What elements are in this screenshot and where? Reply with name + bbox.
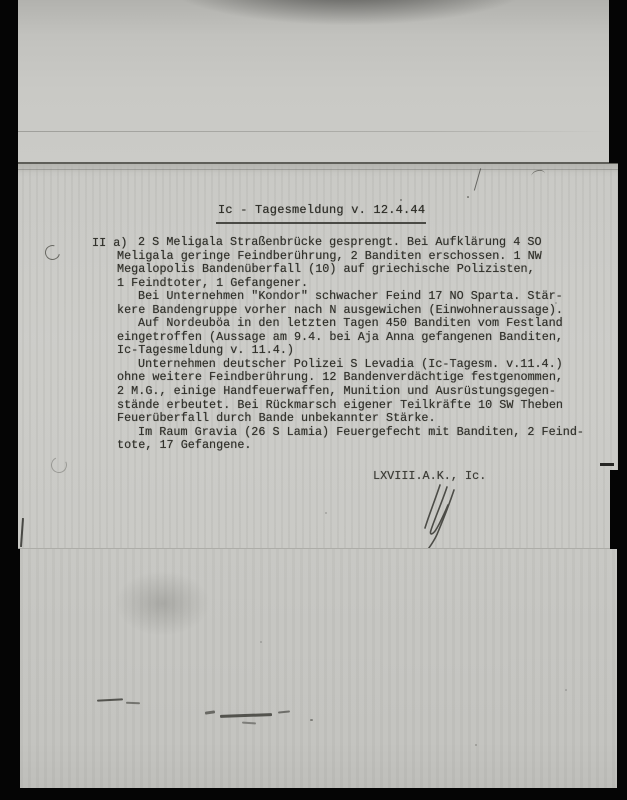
body-line: Auf Nordeuböa in den letzten Tagen 450 B… — [15, 317, 618, 331]
paper-speck — [565, 689, 567, 691]
body-line: Meligala geringe Feindberührung, 2 Bandi… — [15, 250, 618, 264]
ink-smudge — [220, 713, 272, 717]
paper-speck — [260, 641, 262, 643]
scan-border — [610, 470, 627, 549]
paper-speck — [467, 196, 469, 198]
bottom-sheet — [20, 548, 618, 789]
body-line: stände erbeutet. Bei Rückmarsch eigener … — [15, 399, 618, 413]
ink-smudge — [126, 702, 140, 704]
paper-speck — [475, 744, 477, 746]
paper-speck — [400, 199, 402, 201]
body-line: ohne weitere Feindberührung. 12 Bandenve… — [15, 371, 618, 385]
title-underline — [216, 222, 426, 224]
paper-speck — [310, 719, 313, 721]
body-line: Im Raum Gravia (26 S Lamia) Feuergefecht… — [15, 426, 618, 440]
report-body: 2 S Meligala Straßenbrücke gesprengt. Be… — [15, 236, 618, 453]
ink-smudge — [278, 710, 290, 713]
scan-shadow — [18, 0, 609, 70]
body-line: 1 Feindtoter, 1 Gefangener. — [15, 277, 618, 291]
body-line: 2 S Meligala Straßenbrücke gesprengt. Be… — [15, 236, 618, 250]
scan-border — [0, 0, 18, 800]
body-line: Ic-Tagesmeldung v. 11.4.) — [15, 344, 618, 358]
scanned-document-page: Ic - Tagesmeldung v. 12.4.44 II a) 2 S M… — [0, 0, 627, 800]
ink-smudge — [205, 710, 215, 714]
body-line: Unternehmen deutscher Polizei S Levadia … — [15, 358, 618, 372]
paper-speck — [325, 512, 327, 514]
ink-smudge — [97, 698, 123, 701]
document-sheet: Ic - Tagesmeldung v. 12.4.44 II a) 2 S M… — [15, 162, 618, 549]
paper-speck — [555, 302, 557, 304]
sheet-top-edge — [15, 162, 618, 173]
scan-border — [609, 0, 627, 163]
paper-stain — [115, 571, 210, 636]
body-line: Feuerüberfall durch Bande unbekannter St… — [15, 412, 618, 426]
body-line: Megalopolis Bandenüberfall (10) auf grie… — [15, 263, 618, 277]
report-title: Ic - Tagesmeldung v. 12.4.44 — [218, 203, 425, 217]
scan-border — [0, 788, 627, 800]
body-line: 2 M.G., einige Handfeuerwaffen, Munition… — [15, 385, 618, 399]
body-line: eingetroffen (Aussage am 9.4. bei Aja An… — [15, 331, 618, 345]
punch-hole — [49, 455, 70, 476]
body-line: tote, 17 Gefangene. — [15, 439, 618, 453]
scan-border — [617, 548, 627, 788]
body-line: Bei Unternehmen "Kondor" schwacher Feind… — [15, 290, 618, 304]
pen-mark — [20, 518, 24, 547]
backing-sheet — [18, 0, 609, 163]
paper-crease — [18, 131, 609, 132]
edge-mark — [600, 463, 614, 466]
ink-smudge — [242, 722, 256, 725]
body-line: kere Bandengruppe vorher nach N ausgewic… — [15, 304, 618, 318]
